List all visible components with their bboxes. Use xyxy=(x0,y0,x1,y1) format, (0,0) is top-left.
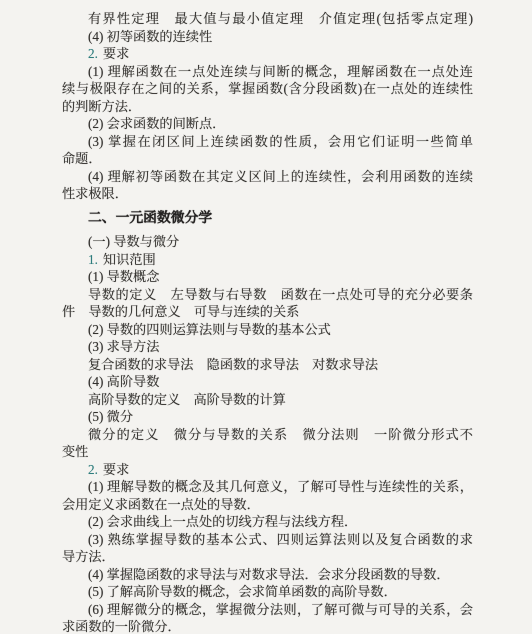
text-line: 件 导数的几何意义 可导与连续的关系 xyxy=(62,303,473,321)
text-line-content: (1) 导数概念 xyxy=(88,269,159,284)
text-line-content: 件 导数的几何意义 可导与连续的关系 xyxy=(62,304,299,319)
text-line-content: 有界性定理 最大值与最小值定理 介值定理(包括零点定理) xyxy=(88,11,473,26)
text-line: (4) 理解初等函数在其定义区间上的连续性，会利用函数的连续 xyxy=(62,168,473,186)
text-line: 复合函数的求导法 隐函数的求导法 对数求导法 xyxy=(62,356,473,374)
text-line-content: (3) 掌握在闭区间上连续函数的性质，会用它们证明一些简单 xyxy=(88,134,473,149)
text-line-content: (5) 微分 xyxy=(88,409,133,424)
text-line: 会用定义求函数在一点处的导数． xyxy=(62,496,473,514)
text-line: 求函数的一阶微分． xyxy=(62,618,473,634)
text-line: 的判断方法． xyxy=(62,98,473,116)
text-line-content: (1) 理解函数在一点处连续与间断的概念，理解函数在一点处连 xyxy=(88,64,473,79)
text-line: (5) 微分 xyxy=(62,408,473,426)
text-line-content: (2) 导数的四则运算法则与导数的基本公式 xyxy=(88,322,331,337)
text-line-content: 导数的定义 左导数与右导数 函数在一点处可导的充分必要条 xyxy=(88,287,473,302)
text-line-content: 复合函数的求导法 隐函数的求导法 对数求导法 xyxy=(88,357,378,372)
section-heading: 二、一元函数微分学 xyxy=(62,209,473,227)
text-line: (6) 理解微分的概念，掌握微分法则，了解可微与可导的关系，会 xyxy=(62,601,473,619)
text-line: 2.要求 xyxy=(62,45,473,63)
section-heading-label: 二、一元函数微分学 xyxy=(88,210,212,225)
text-line: 高阶导数的定义 高阶导数的计算 xyxy=(62,391,473,409)
text-line: 命题． xyxy=(62,150,473,168)
text-line-content: 知识范围 xyxy=(103,252,156,267)
text-line: (一) 导数与微分 xyxy=(62,233,473,251)
list-number: 1. xyxy=(88,252,98,267)
text-line: 导数的定义 左导数与右导数 函数在一点处可导的充分必要条 xyxy=(62,286,473,304)
list-number: 2. xyxy=(88,46,98,61)
text-line: 微分的定义 微分与导数的关系 微分法则 一阶微分形式不 xyxy=(62,426,473,444)
text-line: (1) 导数概念 xyxy=(62,268,473,286)
text-line: 续与极限存在之间的关系，掌握函数(含分段函数)在一点处的连续性 xyxy=(62,80,473,98)
list-number: 2. xyxy=(88,462,98,477)
text-line-content: 要求 xyxy=(103,462,129,477)
text-line: 导方法． xyxy=(62,548,473,566)
text-line: (3) 熟练掌握导数的基本公式、四则运算法则以及复合函数的求 xyxy=(62,531,473,549)
text-line-content: 求函数的一阶微分． xyxy=(62,619,181,634)
text-line-content: (4) 掌握隐函数的求导法与对数求导法．会求分段函数的导数． xyxy=(88,567,450,582)
text-line-content: (1) 理解导数的概念及其几何意义，了解可导性与连续性的关系， xyxy=(88,479,473,494)
text-line-content: 会用定义求函数在一点处的导数． xyxy=(62,497,260,512)
text-line-content: 命题． xyxy=(62,151,102,166)
text-line: 变性 xyxy=(62,443,473,461)
text-line-content: 的判断方法． xyxy=(62,99,141,114)
text-line: (4) 高阶导数 xyxy=(62,373,473,391)
text-line: (3) 掌握在闭区间上连续函数的性质，会用它们证明一些简单 xyxy=(62,133,473,151)
text-line-content: (4) 初等函数的连续性 xyxy=(88,29,212,44)
document-page: 有界性定理 最大值与最小值定理 介值定理(包括零点定理)(4) 初等函数的连续性… xyxy=(0,0,532,634)
text-line: 2.要求 xyxy=(62,461,473,479)
text-line: (4) 初等函数的连续性 xyxy=(62,28,473,46)
document-text: 有界性定理 最大值与最小值定理 介值定理(包括零点定理)(4) 初等函数的连续性… xyxy=(62,10,473,634)
text-line-content: (2) 会求函数的间断点． xyxy=(88,116,225,131)
text-line: 性求极限． xyxy=(62,185,473,203)
text-line-content: (3) 熟练掌握导数的基本公式、四则运算法则以及复合函数的求 xyxy=(88,532,473,547)
text-line: (3) 求导方法 xyxy=(62,338,473,356)
text-line: (2) 导数的四则运算法则与导数的基本公式 xyxy=(62,321,473,339)
text-line-content: (4) 高阶导数 xyxy=(88,374,159,389)
text-line-content: (一) 导数与微分 xyxy=(88,234,179,249)
text-line: 有界性定理 最大值与最小值定理 介值定理(包括零点定理) xyxy=(62,10,473,28)
text-line-content: (3) 求导方法 xyxy=(88,339,159,354)
text-line-content: 导方法． xyxy=(62,549,115,564)
text-line: (2) 会求函数的间断点． xyxy=(62,115,473,133)
text-line-content: 性求极限． xyxy=(62,186,128,201)
text-line-content: (5) 了解高阶导数的概念，会求简单函数的高阶导数． xyxy=(88,584,397,599)
text-line-content: 微分的定义 微分与导数的关系 微分法则 一阶微分形式不 xyxy=(88,427,473,442)
text-line-content: 变性 xyxy=(62,444,88,459)
text-line: 1.知识范围 xyxy=(62,251,473,269)
text-line-content: (2) 会求曲线上一点处的切线方程与法线方程． xyxy=(88,514,357,529)
text-line: (4) 掌握隐函数的求导法与对数求导法．会求分段函数的导数． xyxy=(62,566,473,584)
text-line-content: 续与极限存在之间的关系，掌握函数(含分段函数)在一点处的连续性 xyxy=(62,81,473,96)
text-line-content: 高阶导数的定义 高阶导数的计算 xyxy=(88,392,286,407)
text-line-content: (4) 理解初等函数在其定义区间上的连续性，会利用函数的连续 xyxy=(88,169,473,184)
text-line: (5) 了解高阶导数的概念，会求简单函数的高阶导数． xyxy=(62,583,473,601)
text-line: (1) 理解导数的概念及其几何意义，了解可导性与连续性的关系， xyxy=(62,478,473,496)
text-line-content: 要求 xyxy=(103,46,129,61)
text-line: (1) 理解函数在一点处连续与间断的概念，理解函数在一点处连 xyxy=(62,63,473,81)
text-line-content: (6) 理解微分的概念，掌握微分法则，了解可微与可导的关系，会 xyxy=(88,602,473,617)
text-line: (2) 会求曲线上一点处的切线方程与法线方程． xyxy=(62,513,473,531)
